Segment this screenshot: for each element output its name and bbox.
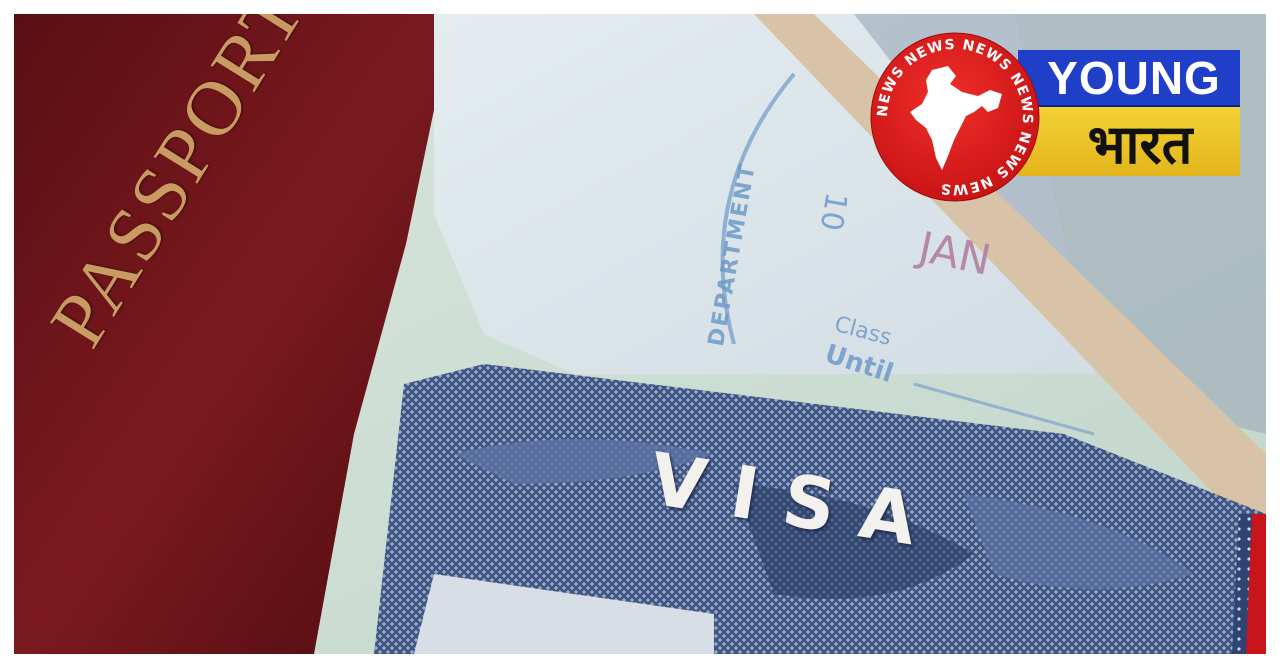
news-india-map-emblem: NEWS NEWS NEWS NEWS NEWS NEWS: [870, 32, 1040, 202]
logo-brand-bottom: भारत: [1018, 107, 1240, 176]
logo-brand-top: YOUNG: [1018, 50, 1240, 107]
logo-banner: YOUNG भारत: [1018, 50, 1240, 176]
young-bharat-news-logo: YOUNG भारत NEWS NEWS NEWS NEWS NEWS NEWS: [870, 32, 1242, 202]
stamp-number: 10: [813, 190, 854, 234]
